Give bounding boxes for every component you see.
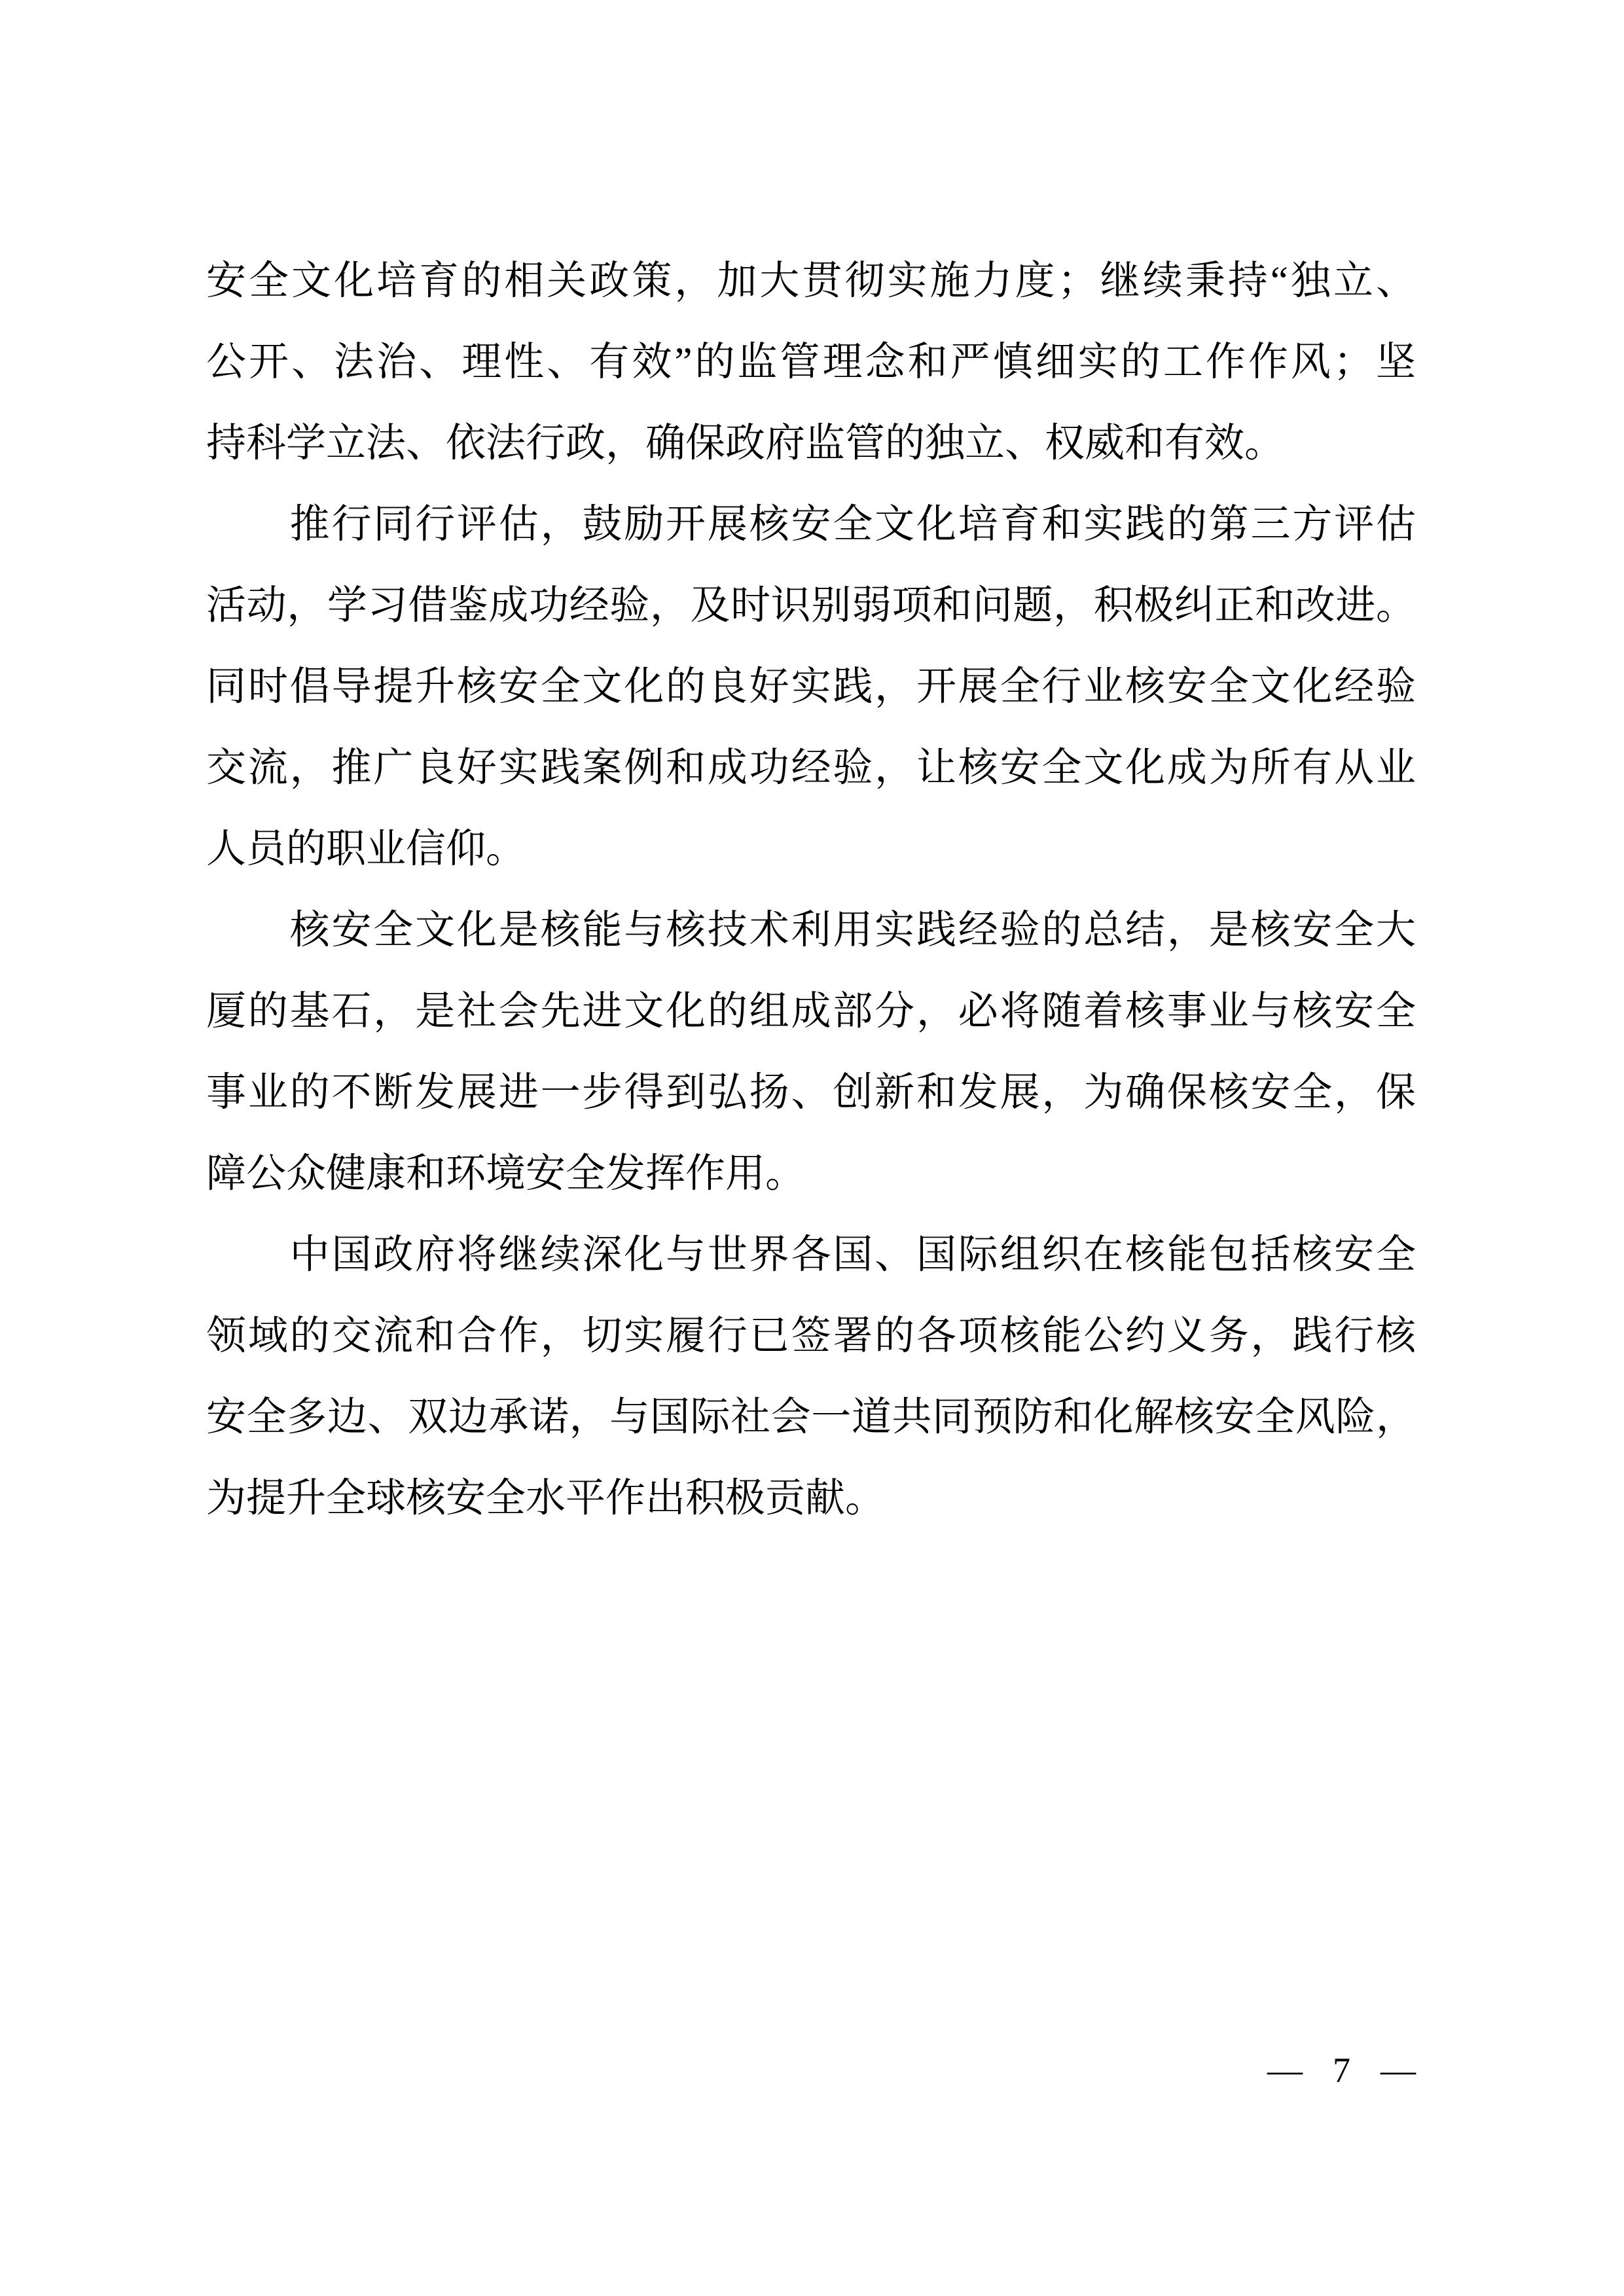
text-line: 推行同行评估，鼓励开展核安全文化培育和实践的第三方评估 [206, 484, 1416, 565]
page-number: 7 [1333, 2051, 1350, 2089]
text-line: 为提升全球核安全水平作出积极贡献。 [206, 1458, 1416, 1539]
document-body: 安全文化培育的相关政策，加大贯彻实施力度；继续秉持“独立、 公开、法治、理性、有… [206, 241, 1416, 1539]
text-line: 公开、法治、理性、有效”的监管理念和严慎细实的工作作风；坚 [206, 322, 1416, 403]
text-line: 领域的交流和合作，切实履行已签署的各项核能公约义务，践行核 [206, 1296, 1416, 1377]
text-line: 活动，学习借鉴成功经验，及时识别弱项和问题，积极纠正和改进。 [206, 565, 1416, 647]
footer-dash-right: — [1380, 2051, 1416, 2089]
text-line: 人员的职业信仰。 [206, 809, 1416, 890]
text-line: 同时倡导提升核安全文化的良好实践，开展全行业核安全文化经验 [206, 647, 1416, 728]
page-footer: — 7 — [1267, 2051, 1416, 2089]
text-line: 安全多边、双边承诺，与国际社会一道共同预防和化解核安全风险， [206, 1377, 1416, 1458]
text-line: 厦的基石，是社会先进文化的组成部分，必将随着核事业与核安全 [206, 971, 1416, 1052]
text-line: 安全文化培育的相关政策，加大贯彻实施力度；继续秉持“独立、 [206, 241, 1416, 322]
text-line: 事业的不断发展进一步得到弘扬、创新和发展，为确保核安全，保 [206, 1052, 1416, 1134]
document-page: 安全文化培育的相关政策，加大贯彻实施力度；继续秉持“独立、 公开、法治、理性、有… [0, 0, 1624, 2296]
text-line: 中国政府将继续深化与世界各国、国际组织在核能包括核安全 [206, 1215, 1416, 1296]
text-line: 交流，推广良好实践案例和成功经验，让核安全文化成为所有从业 [206, 728, 1416, 809]
text-line: 核安全文化是核能与核技术利用实践经验的总结，是核安全大 [206, 890, 1416, 971]
text-line: 障公众健康和环境安全发挥作用。 [206, 1134, 1416, 1215]
text-line: 持科学立法、依法行政，确保政府监管的独立、权威和有效。 [206, 403, 1416, 484]
footer-dash-left: — [1267, 2051, 1303, 2089]
